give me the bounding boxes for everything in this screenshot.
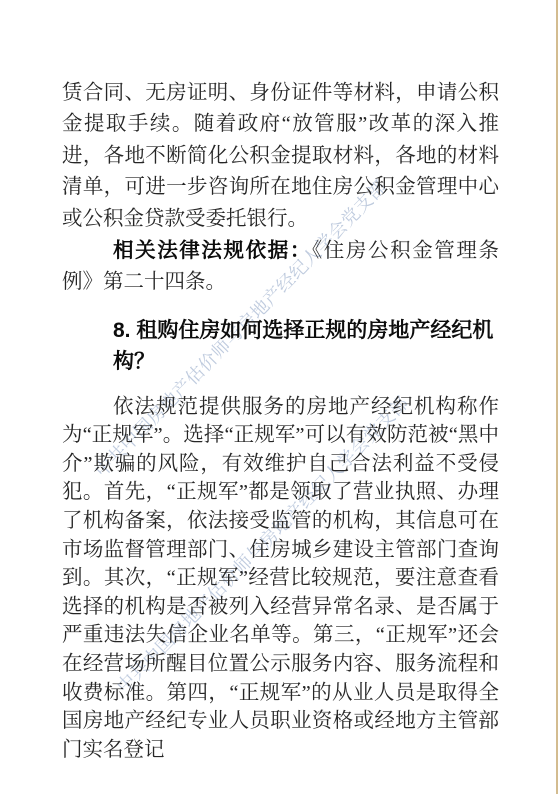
- legal-basis-label: 相关法律法规依据：: [113, 239, 312, 262]
- page-number: 7: [474, 718, 490, 734]
- section-heading: 8. 租购住房如何选择正规的房地产经纪机构？: [62, 315, 499, 378]
- document-page: 中共中国房地产估价师与房地产经纪人学会党支部 中共中国房地产估价师与房地产经纪人…: [0, 0, 560, 794]
- main-paragraph: 依法规范提供服务的房地产经纪机构称作为“正规军”。选择“正规军”可以有效防范被“…: [62, 393, 499, 765]
- scan-edge-line: [556, 0, 558, 794]
- paragraph-continuation: 赁合同、无房证明、身份证件等材料，申请公积金提取手续。随着政府“放管服”改革的深…: [62, 78, 499, 235]
- page-content: 赁合同、无房证明、身份证件等材料，申请公积金提取手续。随着政府“放管服”改革的深…: [62, 78, 499, 764]
- legal-basis-paragraph: 相关法律法规依据：《住房公积金管理条例》第二十四条。: [62, 235, 499, 299]
